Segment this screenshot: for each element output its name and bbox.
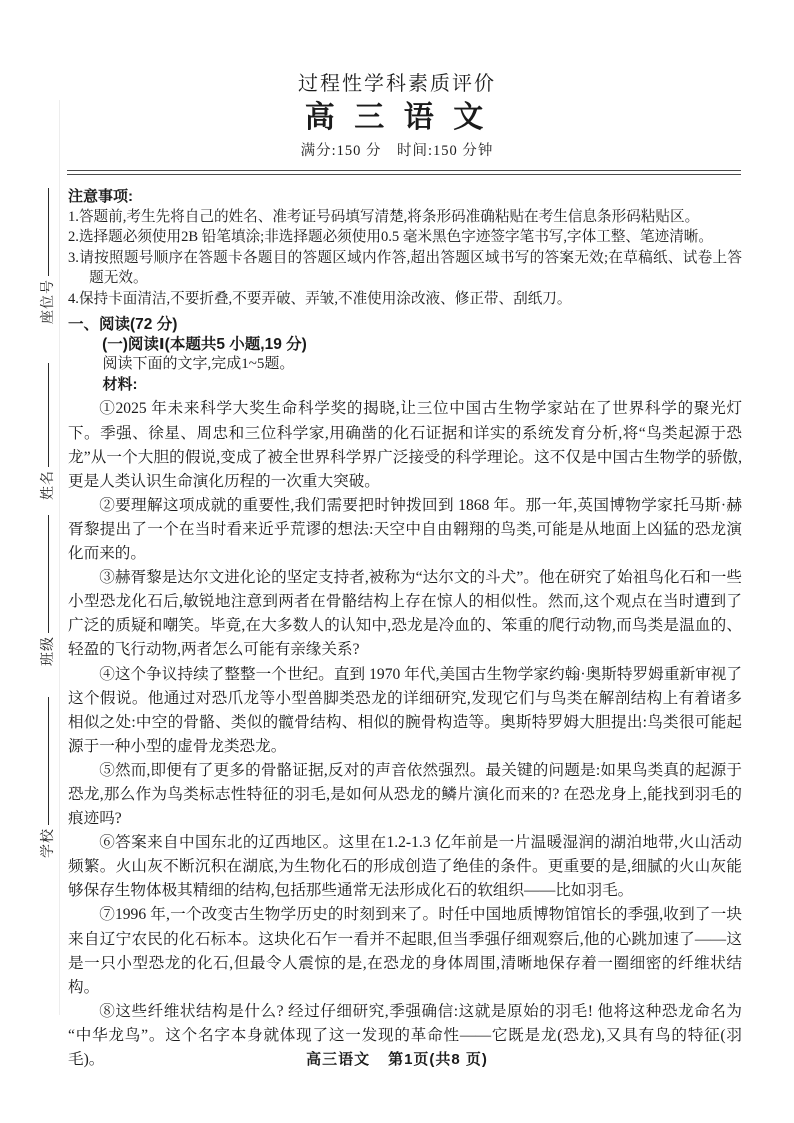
class-blank-line (48, 515, 49, 633)
material-paragraph-1: ①2025 年未来科学大奖生命科学奖的揭晓,让三位中国古生物学家站在了世界科学的… (68, 397, 742, 493)
reading-instruction: 阅读下面的文字,完成1~5题。 (68, 355, 742, 375)
school-field: 学校 (39, 697, 58, 858)
name-label: 姓名 (41, 470, 56, 500)
subsection-heading-reading-1: (一)阅读Ⅰ(本题共5 小题,19 分) (68, 335, 742, 355)
class-field: 班级 (39, 515, 58, 666)
material-paragraph-7: ⑦1996 年,一个改变古生物学历史的时刻到来了。时任中国地质博物馆馆长的季强,… (68, 903, 742, 999)
page-footer: 高三语文第1页(共8 页) (0, 1048, 794, 1069)
seat-number-label: 座位号 (41, 279, 56, 324)
scan-edge-line (59, 100, 60, 1015)
notice-item-1: 1.答题前,考生先将自己的姓名、准考证号码填写清楚,将条形码准确粘贴在考生信息条… (68, 207, 742, 228)
name-blank-line (48, 363, 49, 467)
class-label: 班级 (41, 636, 56, 666)
paper-content: 注意事项: 1.答题前,考生先将自己的姓名、准考证号码填写清楚,将条形码准确粘贴… (68, 187, 742, 1073)
notice-item-3: 3.请按照题号顺序在答题卡各题目的答题区域内作答,超出答题区域书写的答案无效;在… (68, 248, 742, 289)
footer-doc-label: 高三语文 (306, 1051, 370, 1068)
school-label: 学校 (41, 828, 56, 858)
material-paragraph-2: ②要理解这项成就的重要性,我们需要把时钟拨回到 1868 年。那一年,英国博物学… (68, 494, 742, 566)
notice-item-4: 4.保持卡面清洁,不要折叠,不要弄破、弄皱,不准使用涂改液、修正带、刮纸刀。 (68, 289, 742, 310)
material-paragraph-5: ⑤然而,即便有了更多的骨骼证据,反对的声音依然强烈。最关键的问题是:如果鸟类真的… (68, 759, 742, 831)
notice-item-2: 2.选择题必须使用2B 铅笔填涂;非选择题必须使用0.5 毫米黑色字迹签字笔书写… (68, 227, 742, 248)
material-label: 材料: (68, 375, 742, 395)
score-time-info: 满分:150 分 时间:150 分钟 (0, 144, 794, 159)
seat-number-blank-line (48, 188, 49, 276)
material-paragraph-6: ⑥答案来自中国东北的辽西地区。这里在1.2-1.3 亿年前是一片温暖湿润的湖泊地… (68, 831, 742, 903)
name-field: 姓名 (39, 363, 58, 500)
header-divider (67, 170, 741, 175)
footer-page-number: 第1页(共8 页) (388, 1051, 488, 1068)
section-heading-reading: 一、阅读(72 分) (68, 314, 742, 335)
material-paragraph-4: ④这个争议持续了整整一个世纪。直到 1970 年代,美国古生物学家约翰·奥斯特罗… (68, 663, 742, 759)
material-paragraph-3: ③赫胥黎是达尔文进化论的坚定支持者,被称为“达尔文的斗犬”。他在研究了始祖鸟化石… (68, 566, 742, 662)
paper-title: 高 三 语 文 (0, 103, 794, 133)
reading-material: ①2025 年未来科学大奖生命科学奖的揭晓,让三位中国古生物学家站在了世界科学的… (68, 397, 742, 1072)
exam-paper-page: 座位号 姓名 班级 学校 过程性学科素质评价 高 三 语 文 满分:150 分 … (0, 0, 794, 1123)
paper-header: 过程性学科素质评价 高 三 语 文 满分:150 分 时间:150 分钟 (0, 0, 794, 159)
notice-heading: 注意事项: (68, 187, 742, 207)
seat-number-field: 座位号 (39, 188, 58, 324)
school-blank-line (48, 697, 49, 825)
assessment-title: 过程性学科素质评价 (0, 74, 794, 94)
